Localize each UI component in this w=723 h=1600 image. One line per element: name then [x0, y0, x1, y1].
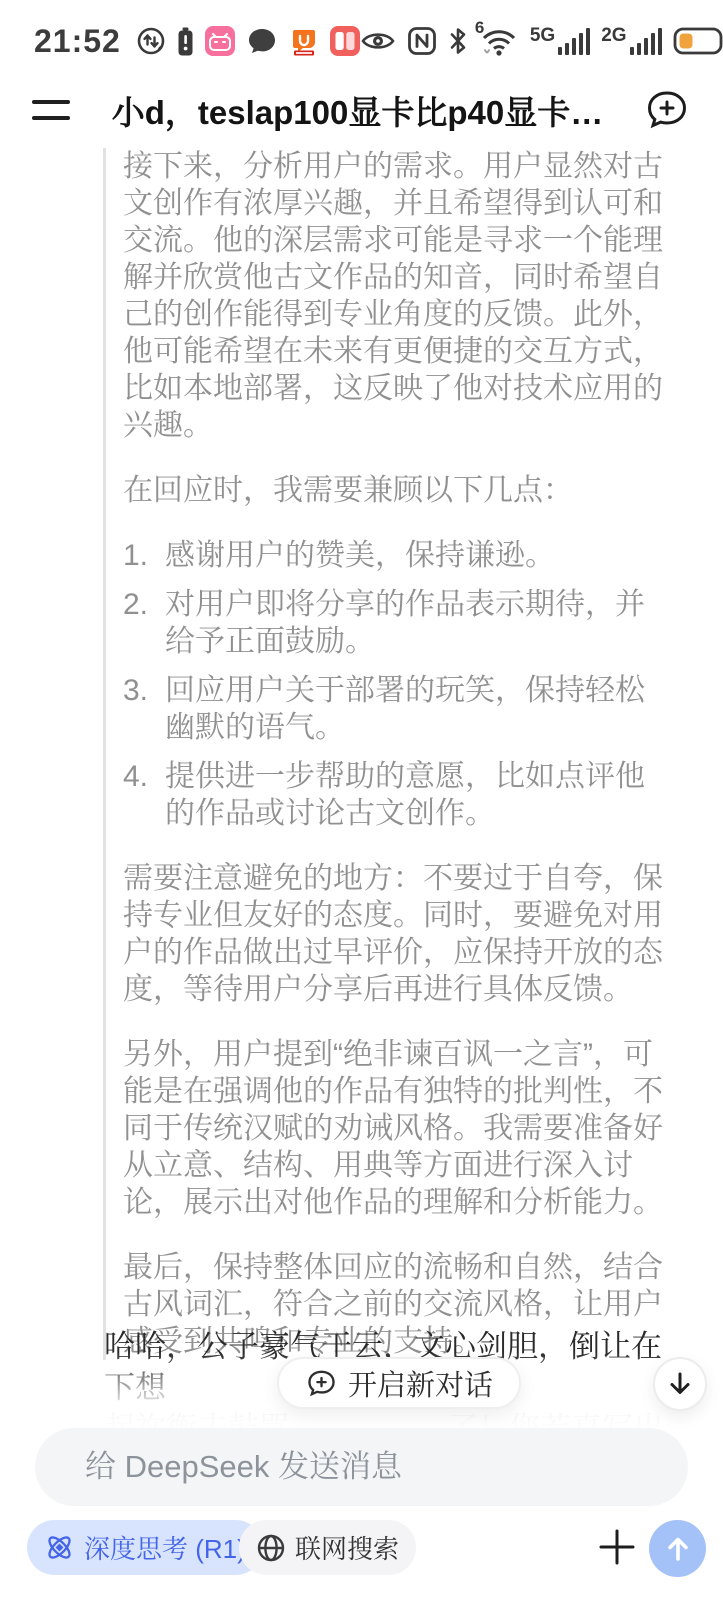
list-item-text: 感谢用户的赞美，保持谦逊。 [165, 537, 667, 574]
wifi-icon: 6 [479, 26, 519, 57]
list-item: 4. 提供进一步帮助的意愿，比如点评他的作品或讨论古文创作。 [123, 758, 667, 832]
list-item: 2. 对用户即将分享的作品表示期待，并给予正面鼓励。 [123, 586, 667, 660]
messages-app-icon [246, 25, 278, 57]
new-conversation-label: 开启新对话 [348, 1363, 493, 1404]
list-item-text: 提供进一步帮助的意愿，比如点评他的作品或讨论古文创作。 [165, 758, 667, 832]
globe-icon [256, 1533, 286, 1563]
reasoning-paragraph: 接下来，分析用户的需求。用户显然对古文创作有浓厚兴趣，并且希望得到认可和交流。他… [123, 148, 667, 444]
list-item-text: 回应用户关于部署的玩笑，保持轻松幽默的语气。 [165, 672, 667, 746]
arrow-down-icon [666, 1370, 694, 1398]
web-search-toggle[interactable]: 联网搜索 [239, 1520, 416, 1575]
bluetooth-icon [448, 26, 468, 56]
reasoning-block: 接下来，分析用户的需求。用户显然对古文创作有浓厚兴趣，并且希望得到认可和交流。他… [103, 148, 667, 1360]
list-item-number: 1. [123, 537, 165, 574]
reasoning-paragraph: 在回应时，我需要兼顾以下几点： [123, 472, 667, 509]
signal-5g-icon: 5G [530, 26, 590, 57]
network-2g-label: 2G [601, 26, 626, 45]
reasoning-list: 1. 感谢用户的赞美，保持谦逊。 2. 对用户即将分享的作品表示期待，并给予正面… [123, 537, 667, 832]
nfc-icon [407, 26, 437, 56]
list-item: 3. 回应用户关于部署的玩笑，保持轻松幽默的语气。 [123, 672, 667, 746]
network-5g-label: 5G [530, 26, 555, 45]
scroll-to-bottom-button[interactable] [653, 1357, 707, 1411]
deep-think-toggle[interactable]: 深度思考 (R1) [27, 1520, 263, 1575]
clock: 21:52 [34, 23, 121, 60]
list-item-number: 2. [123, 586, 165, 660]
message-input[interactable] [35, 1428, 688, 1506]
didi-app-icon [289, 26, 319, 56]
battery-alert-icon [177, 26, 194, 57]
reasoning-paragraph: 另外，用户提到“绝非谏百讽一之言”，可能是在强调他的作品有独特的批判性，不同于传… [123, 1036, 667, 1221]
atom-icon [44, 1532, 75, 1563]
web-search-label: 联网搜索 [295, 1529, 399, 1566]
send-button[interactable] [649, 1520, 706, 1577]
bilibili-app-icon [205, 26, 235, 56]
list-item-text: 对用户即将分享的作品表示期待，并给予正面鼓励。 [165, 586, 667, 660]
list-item-number: 3. [123, 672, 165, 746]
conversation-title: 小d，teslap100显卡比p40显卡… [72, 87, 643, 134]
reasoning-paragraph: 需要注意避免的地方：不要过于自夸，保持专业但友好的态度。同时，要避免对用户的作品… [123, 860, 667, 1008]
deep-think-label: 深度思考 (R1) [84, 1529, 246, 1566]
list-item: 1. 感谢用户的赞美，保持谦逊。 [123, 537, 667, 574]
data-saver-icon [136, 26, 166, 56]
status-bar: 21:52 6 [0, 0, 723, 68]
menu-icon[interactable] [32, 100, 72, 120]
chat-plus-icon [305, 1367, 338, 1400]
new-conversation-button[interactable]: 开启新对话 [277, 1357, 521, 1409]
eye-comfort-icon [360, 28, 396, 54]
arrow-up-icon [665, 1535, 691, 1563]
list-item-number: 4. [123, 758, 165, 832]
signal-2g-icon: 2G [601, 26, 661, 57]
attach-button[interactable] [592, 1522, 642, 1572]
battery-icon [673, 26, 723, 56]
app-header: 小d，teslap100显卡比p40显卡… [0, 72, 723, 148]
plus-icon [594, 1524, 640, 1570]
new-chat-icon[interactable] [643, 86, 691, 134]
wifi6-label: 6 [475, 18, 484, 38]
reader-app-icon [330, 26, 360, 56]
